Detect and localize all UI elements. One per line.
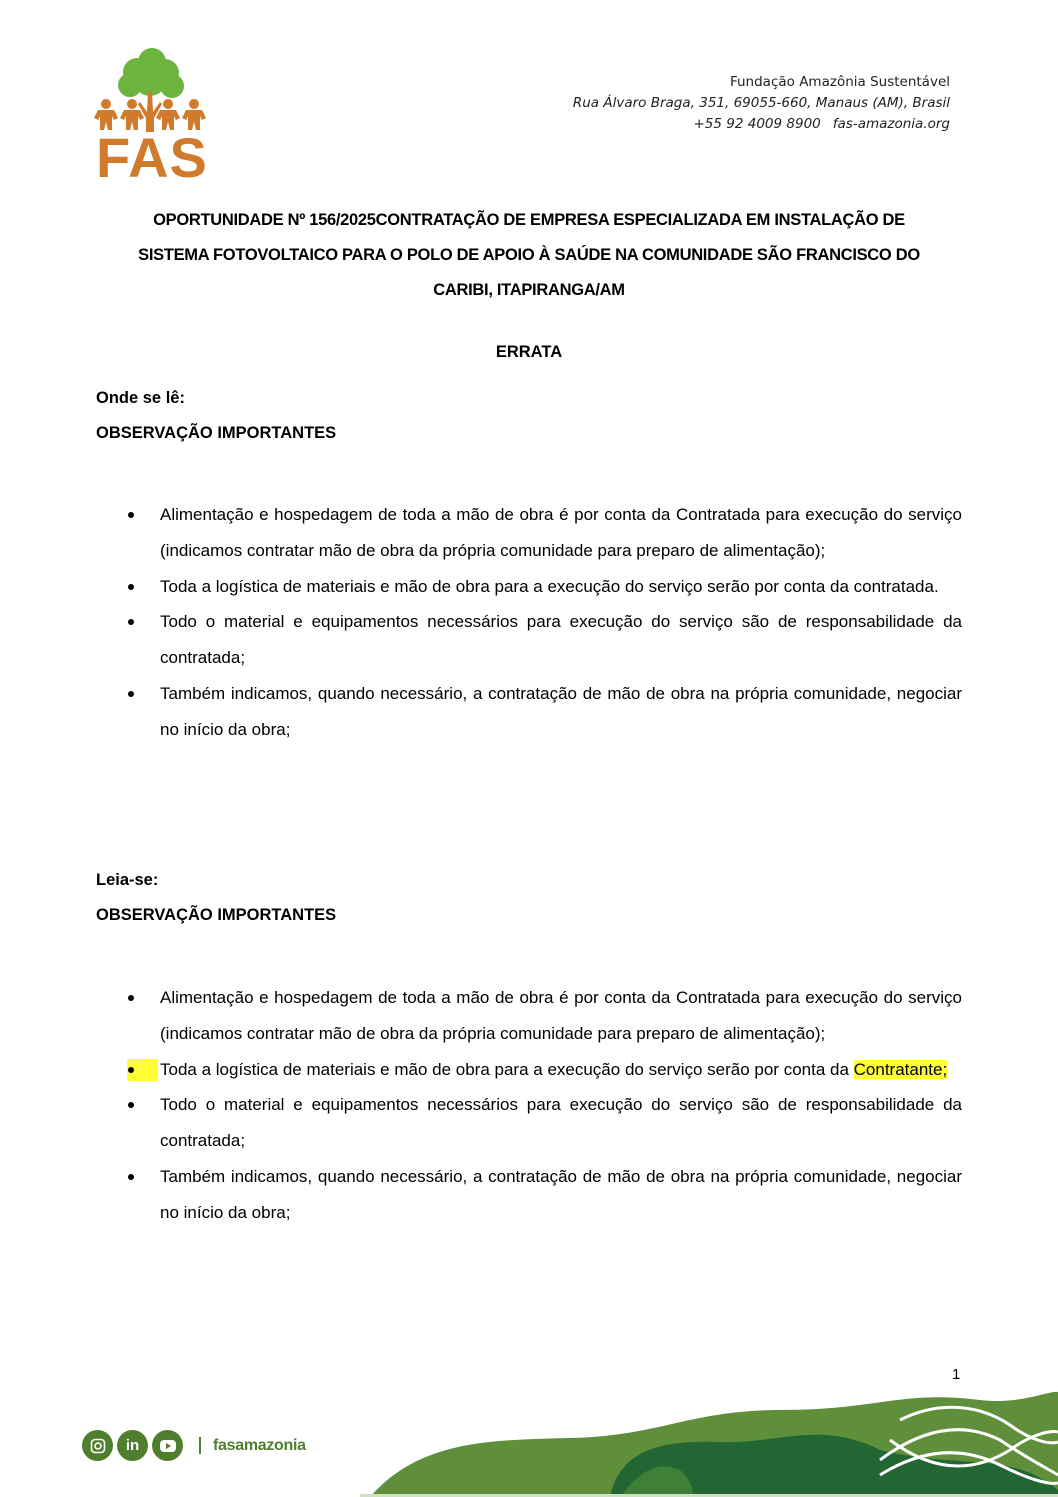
original-label: Onde se lê: — [96, 389, 185, 408]
footer-decoration — [360, 1380, 1058, 1497]
linkedin-icon[interactable]: in — [117, 1430, 148, 1461]
list-item-text: Também indicamos, quando necessário, a c… — [160, 684, 962, 739]
list-item: Toda a logística de materiais e mão de o… — [160, 569, 962, 605]
org-name: Fundação Amazônia Sustentável — [573, 72, 950, 93]
list-item: Toda a logística de materiais e mão de o… — [160, 1052, 962, 1088]
list-item: Também indicamos, quando necessário, a c… — [160, 1159, 962, 1231]
social-links: in fasamazonia — [82, 1430, 306, 1461]
title-line: CARIBI, ITAPIRANGA/AM — [96, 273, 962, 308]
linkedin-glyph: in — [126, 1437, 139, 1454]
instagram-icon[interactable] — [82, 1430, 113, 1461]
list-item-text: Também indicamos, quando necessário, a c… — [160, 1167, 962, 1222]
list-item-text: Alimentação e hospedagem de toda a mão d… — [160, 505, 962, 560]
errata-heading: ERRATA — [0, 343, 1058, 362]
list-item: Também indicamos, quando necessário, a c… — [160, 676, 962, 748]
list-item-text: Toda a logística de materiais e mão de o… — [160, 577, 939, 596]
corrected-section-title: OBSERVAÇÃO IMPORTANTES — [96, 906, 336, 925]
corrected-bullet-list: Alimentação e hospedagem de toda a mão d… — [160, 980, 962, 1231]
org-info: Fundação Amazônia Sustentável Rua Álvaro… — [573, 72, 950, 135]
title-line: SISTEMA FOTOVOLTAICO PARA O POLO DE APOI… — [96, 238, 962, 273]
logo-wordmark: FAS — [96, 130, 208, 186]
org-website[interactable]: fas-amazonia.org — [833, 116, 950, 132]
document-title: OPORTUNIDADE Nº 156/2025CONTRATAÇÃO DE E… — [96, 203, 962, 308]
highlighted-correction: Contratante; — [854, 1060, 948, 1079]
list-item-text: Alimentação e hospedagem de toda a mão d… — [160, 988, 962, 1043]
list-item: Todo o material e equipamentos necessári… — [160, 1087, 962, 1159]
list-item-text: Toda a logística de materiais e mão de o… — [160, 1060, 854, 1079]
social-handle[interactable]: fasamazonia — [213, 1437, 306, 1455]
title-line: OPORTUNIDADE Nº 156/2025CONTRATAÇÃO DE E… — [96, 203, 962, 238]
org-address: Rua Álvaro Braga, 351, 69055-660, Manaus… — [573, 93, 950, 114]
bullet-icon-highlighted — [127, 1059, 158, 1081]
list-item: Alimentação e hospedagem de toda a mão d… — [160, 980, 962, 1052]
list-item: Alimentação e hospedagem de toda a mão d… — [160, 497, 962, 569]
corrected-label: Leia-se: — [96, 871, 158, 890]
youtube-icon[interactable] — [152, 1430, 183, 1461]
divider — [199, 1437, 201, 1454]
org-phone: +55 92 4009 8900 — [694, 116, 821, 132]
org-contact: +55 92 4009 8900fas-amazonia.org — [573, 114, 950, 135]
list-item-text: Todo o material e equipamentos necessári… — [160, 612, 962, 667]
list-item: Todo o material e equipamentos necessári… — [160, 604, 962, 676]
original-section-title: OBSERVAÇÃO IMPORTANTES — [96, 424, 336, 443]
original-bullet-list: Alimentação e hospedagem de toda a mão d… — [160, 497, 962, 748]
list-item-text: Todo o material e equipamentos necessári… — [160, 1095, 962, 1150]
